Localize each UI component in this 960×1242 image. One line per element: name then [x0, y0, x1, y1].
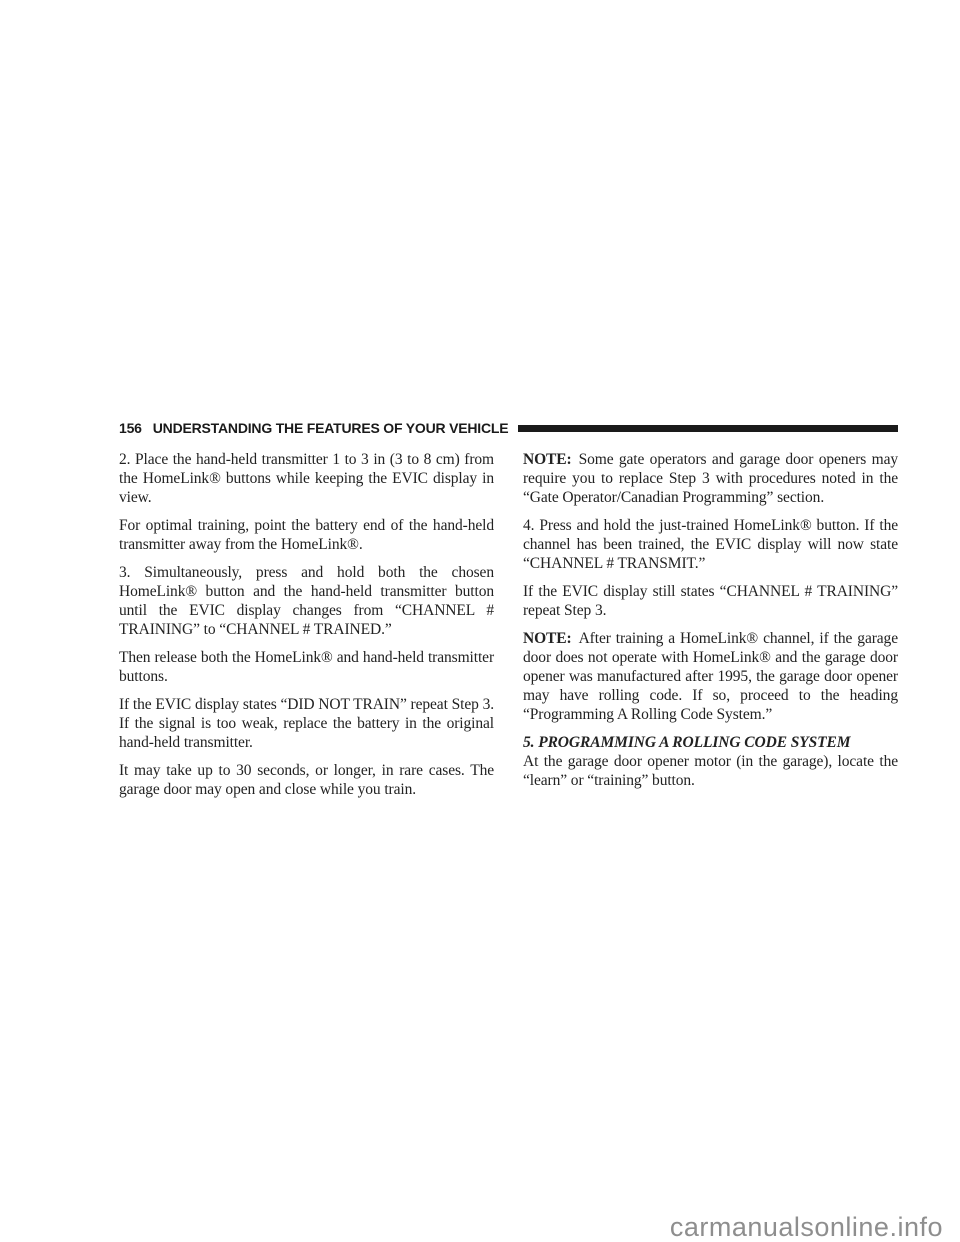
manual-page: 156 UNDERSTANDING THE FEATURES OF YOUR V… — [0, 0, 960, 1242]
note-paragraph: NOTE:After training a HomeLink® channel,… — [523, 629, 898, 724]
paragraph-text: After training a HomeLink® channel, if t… — [523, 630, 898, 723]
paragraph-text: If the EVIC display still states “CHANNE… — [523, 583, 898, 619]
paragraph: If the EVIC display states “DID NOT TRAI… — [119, 695, 494, 752]
watermark-text: carmanualsonline.info — [670, 1212, 943, 1242]
section-paragraph: 5. PROGRAMMING A ROLLING CODE SYSTEMAt t… — [523, 733, 898, 790]
paragraph: If the EVIC display still states “CHANNE… — [523, 582, 898, 620]
left-column: 2. Place the hand-held transmitter 1 to … — [119, 450, 494, 799]
paragraph-text: For optimal training, point the battery … — [119, 517, 494, 553]
paragraph: For optimal training, point the battery … — [119, 516, 494, 554]
page-number: 156 — [119, 420, 142, 436]
paragraph-text: 3. Simultaneously, press and hold both t… — [119, 564, 494, 638]
page-title: UNDERSTANDING THE FEATURES OF YOUR VEHIC… — [153, 420, 509, 436]
page-header: 156 UNDERSTANDING THE FEATURES OF YOUR V… — [119, 420, 898, 436]
paragraph-text: Some gate operators and garage door open… — [523, 451, 898, 506]
paragraph-text: 4. Press and hold the just-trained HomeL… — [523, 517, 898, 572]
paragraph: 2. Place the hand-held transmitter 1 to … — [119, 450, 494, 507]
paragraph: Then release both the HomeLink® and hand… — [119, 648, 494, 686]
note-label: NOTE: — [523, 451, 572, 468]
right-column: NOTE:Some gate operators and garage door… — [523, 450, 898, 799]
text-columns: 2. Place the hand-held transmitter 1 to … — [119, 450, 898, 799]
paragraph-text: 2. Place the hand-held transmitter 1 to … — [119, 451, 494, 506]
note-label: NOTE: — [523, 630, 572, 647]
paragraph-text: Then release both the HomeLink® and hand… — [119, 649, 494, 685]
paragraph-text: At the garage door opener motor (in the … — [523, 753, 898, 789]
paragraph: 3. Simultaneously, press and hold both t… — [119, 563, 494, 639]
paragraph-text: If the EVIC display states “DID NOT TRAI… — [119, 696, 494, 751]
paragraph: 4. Press and hold the just-trained HomeL… — [523, 516, 898, 573]
paragraph-text: It may take up to 30 seconds, or longer,… — [119, 762, 494, 798]
note-paragraph: NOTE:Some gate operators and garage door… — [523, 450, 898, 507]
header-rule-bar — [518, 425, 898, 432]
paragraph: It may take up to 30 seconds, or longer,… — [119, 761, 494, 799]
section-heading: 5. PROGRAMMING A ROLLING CODE SYSTEM — [523, 733, 898, 752]
